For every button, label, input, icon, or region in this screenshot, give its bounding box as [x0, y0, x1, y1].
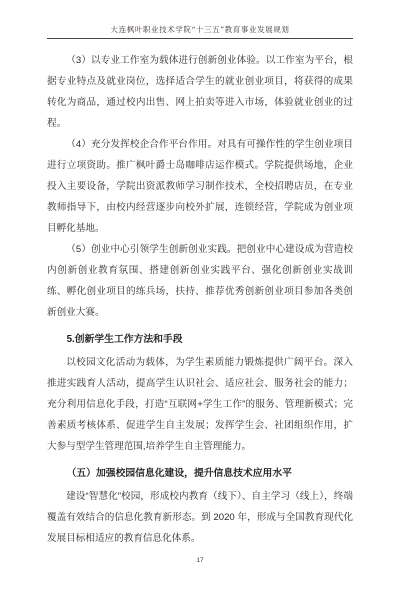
- paragraph-item-4: （4）充分发挥校企合作平台作用。对具有可操作性的学生创业项目进行立项资助。推广枫…: [47, 134, 353, 239]
- page-number: 17: [196, 557, 203, 564]
- document-page: 大连枫叶职业技术学院“十三五”教育事业发展规划 （3）以专业工作室为载体进行创新…: [0, 0, 400, 600]
- running-head-title: 大连枫叶职业技术学院“十三五”教育事业发展规划: [0, 25, 400, 35]
- section-heading-5: 5.创新学生工作方法和手段: [47, 329, 353, 350]
- paragraph-student-work: 以校园文化活动为载体，为学生素质能力锻炼提供广阔平台。深入推进实践育人活动，提高…: [47, 352, 353, 457]
- document-body: （3）以专业工作室为载体进行创新创业体验。以工作室为平台，根据专业特点及就业岗位…: [47, 50, 353, 549]
- section-heading-wu: （五）加强校园信息化建设，提升信息技术应用水平: [47, 463, 353, 484]
- page-header: 大连枫叶职业技术学院“十三五”教育事业发展规划: [0, 0, 400, 39]
- paragraph-item-3: （3）以专业工作室为载体进行创新创业体验。以工作室为平台，根据专业特点及就业岗位…: [47, 50, 353, 134]
- paragraph-item-5: （5）创业中心引领学生创新创业实践。把创业中心建设成为营造校内创新创业教育氛围、…: [47, 239, 353, 323]
- paragraph-smart-campus: 建设“智慧化”校园，形成校内教育（线下）、自主学习（线上），终端覆盖有效结合的信…: [47, 486, 353, 549]
- page-footer: 17: [0, 557, 400, 564]
- header-rule: [47, 38, 353, 39]
